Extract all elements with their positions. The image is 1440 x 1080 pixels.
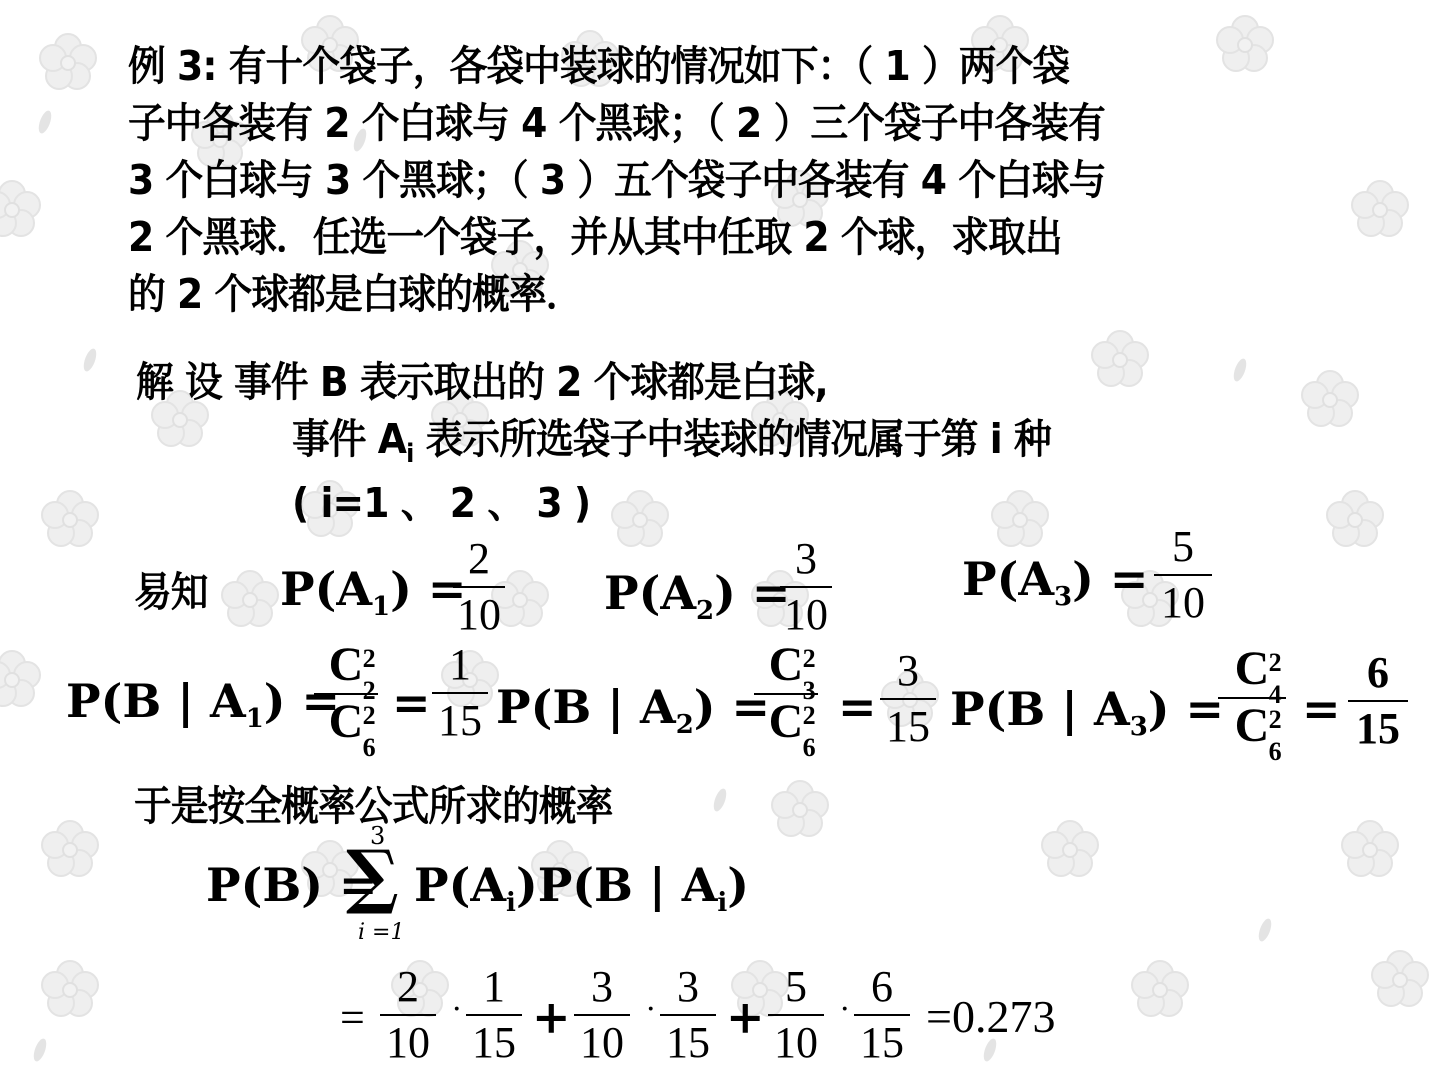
solution-line-2: 事件 Ai 表示所选袋子中装球的情况属于第 i 种 [292,411,1051,483]
problem-line-2: 子中各装有 2 个白球与 4 个黑球；（ 2 ）三个袋子中各装有 [128,95,1105,152]
conditional-3-label: P(B | A3) = [950,682,1224,742]
computation-fraction-2: 115 [466,962,522,1068]
sum-lower-limit: i =1 [358,920,404,945]
conditional-2-fraction: 315 [880,646,936,752]
prior-3-fraction: 510 [1154,522,1212,628]
prior-2-fraction: 310 [780,534,832,640]
prior-3-label: P(A3) = [962,552,1148,612]
conditional-1-label: P(B | A1) = [66,674,340,734]
prior-1-fraction: 210 [453,534,505,640]
prior-2-label: P(A2) = [604,566,790,626]
problem-line-3: 3 个白球与 3 个黑球；（ 3 ）五个袋子中各装有 4 个白球与 [128,152,1106,209]
computation-fraction-1: 210 [380,962,436,1068]
conditional-3-combination-fraction: C24 C26 [1218,644,1286,752]
plus-sign-2: + [726,990,765,1044]
problem-line-5: 的 2 个球都是白球的概率． [128,266,583,323]
computation-fraction-5: 510 [768,962,824,1068]
sigma-icon: ∑ [346,836,399,916]
conditional-1-equals: = [392,676,431,730]
solution-line-3: ( i=1 、 2 、 3 ) [292,475,590,532]
multiply-dot-1: · [452,992,462,1027]
computation-fraction-3: 310 [574,962,630,1068]
conditional-2-label: P(B | A2) = [496,680,770,740]
event-a-subscript: i [406,439,413,469]
conditional-3-equals: = [1302,682,1341,736]
conditional-1-fraction: 115 [432,640,488,746]
multiply-dot-2: · [646,992,656,1027]
event-a-label: 事件 A [292,415,406,463]
conditional-2-combination-fraction: C23 C26 [754,640,818,748]
computation-fraction-4: 315 [660,962,716,1068]
computation-equals: = [340,992,365,1043]
computation-result: =0.273 [926,990,1055,1043]
solution-line-1: 解 设 事件 B 表示取出的 2 个球都是白球, [136,354,828,411]
event-a-description: 表示所选袋子中装球的情况属于第 i 种 [413,415,1050,463]
conditional-1-combination-fraction: C22 C26 [314,640,378,748]
multiply-dot-3: · [840,992,850,1027]
known-label: 易知 [134,564,208,621]
problem-line-1: 例 3: 有十个袋子，各袋中装球的情况如下：（ 1 ）两个袋 [128,38,1069,95]
total-rhs: P(Ai)P(B | Ai) [414,858,749,918]
conditional-2-equals: = [838,680,877,734]
computation-fraction-6: 615 [854,962,910,1068]
prior-1-label: P(A1) = [280,562,466,622]
conditional-3-fraction: 615 [1348,648,1408,754]
problem-line-4: 2 个黑球．任选一个袋子，并从其中任取 2 个球，求取出 [128,209,1062,266]
plus-sign-1: + [532,990,571,1044]
